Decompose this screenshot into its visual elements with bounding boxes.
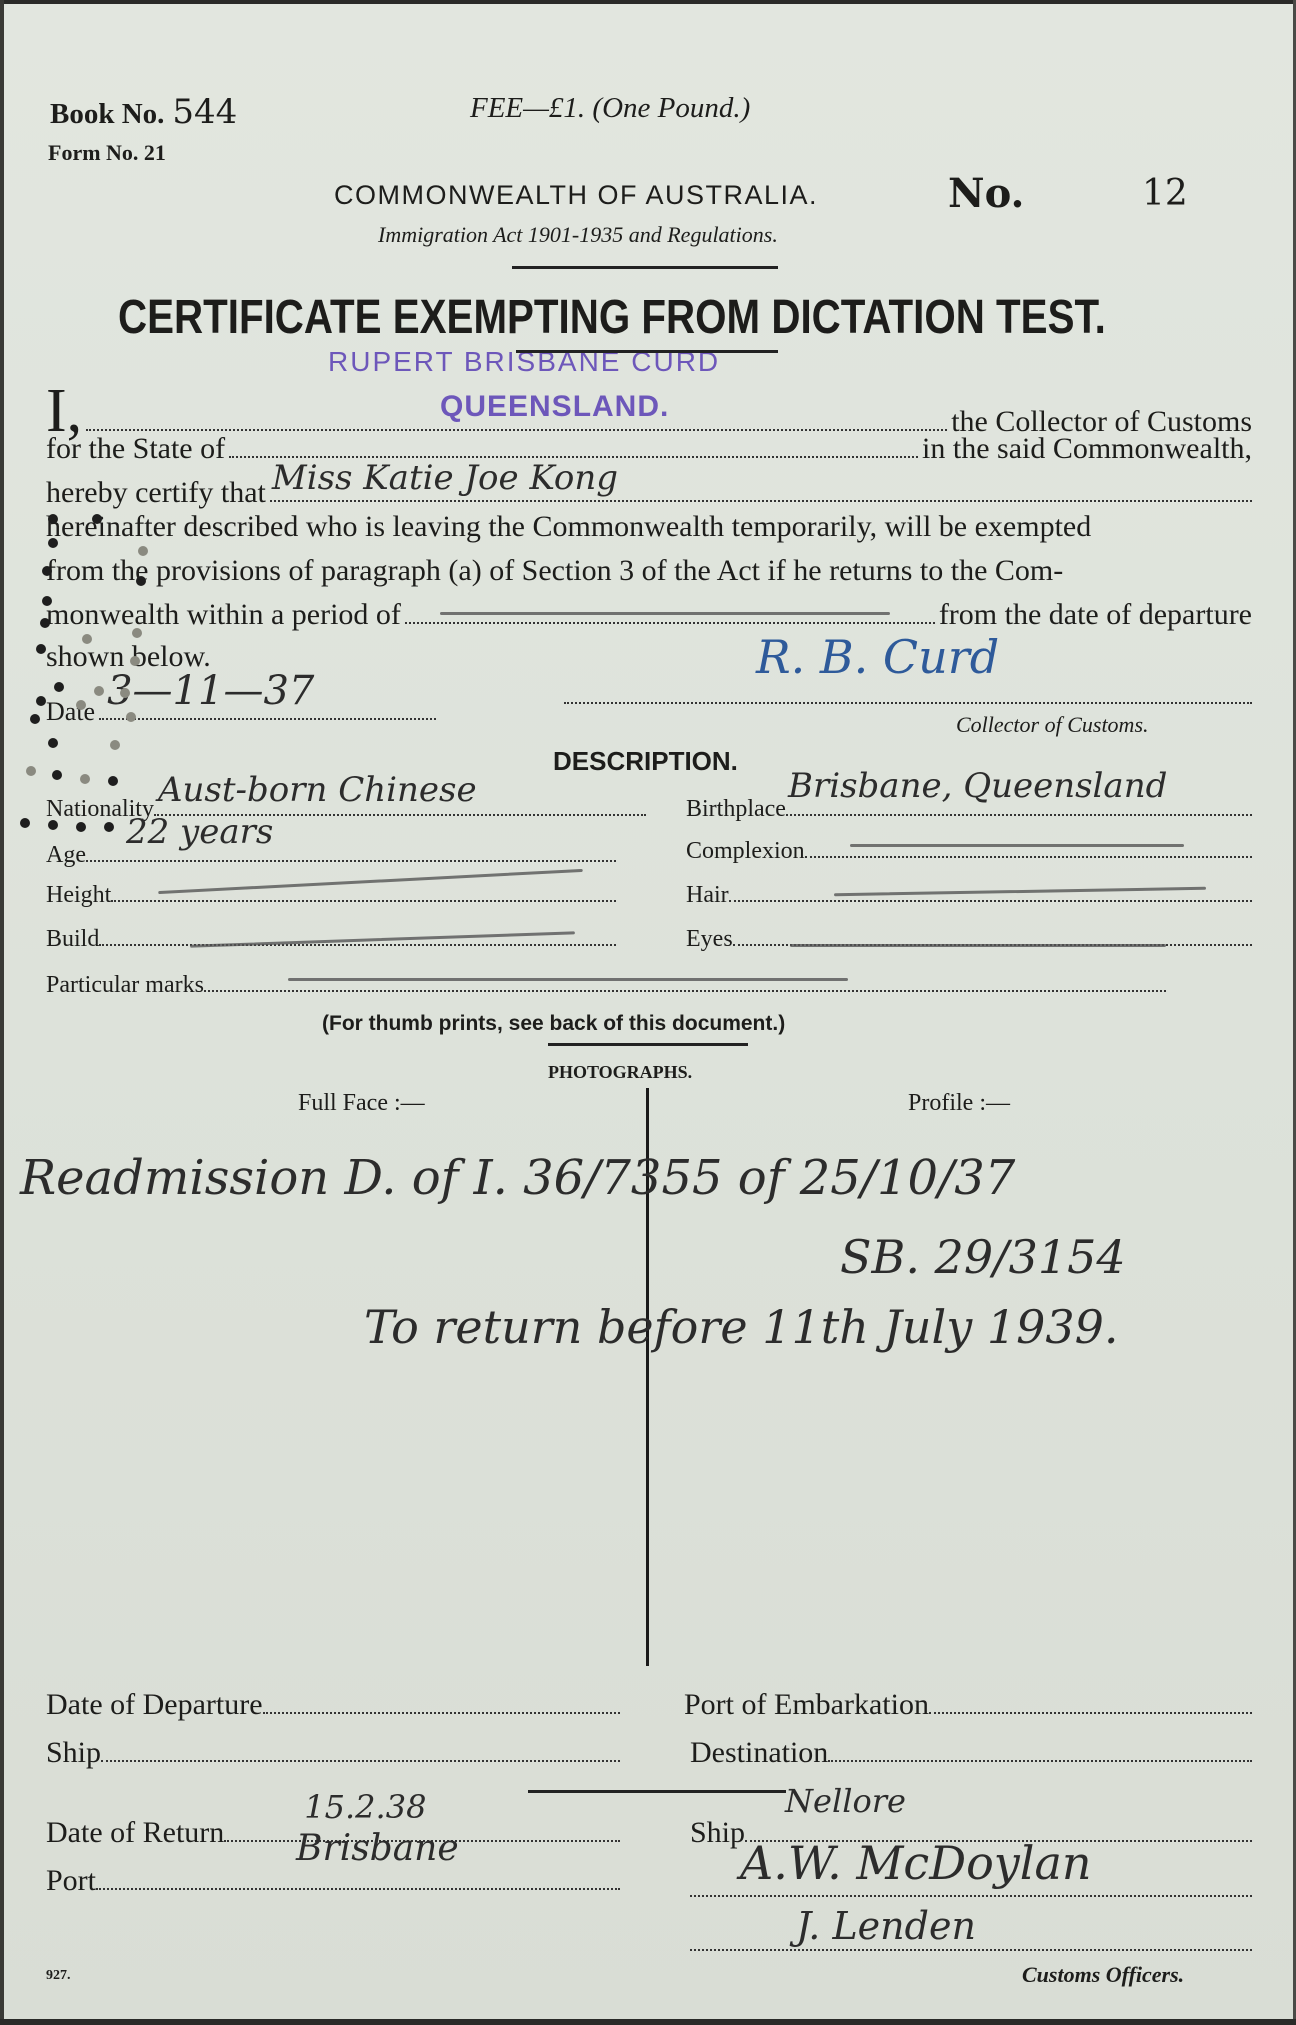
collector-signature: R. B. Curd	[756, 630, 999, 684]
birthplace-value: Brisbane, Queensland	[788, 766, 1167, 806]
customs-officers-label: Customs Officers.	[1022, 1962, 1184, 1988]
port-of-embarkation-label: Port of Embarkation	[684, 1688, 929, 1722]
build-field	[99, 944, 616, 946]
holder-name: Miss Katie Joe Kong	[272, 458, 618, 498]
officer2-signature: J. Lenden	[796, 1904, 976, 1948]
date-value: 3—11—37	[107, 668, 314, 714]
period-field	[405, 622, 935, 624]
complexion-dash	[850, 844, 1184, 847]
scan-edge-bottom	[0, 2019, 1296, 2025]
port-of-embarkation-row: Port of Embarkation	[684, 1688, 1252, 1722]
line-period: monwealth within a period of from the da…	[46, 598, 1252, 632]
signature-role: Collector of Customs.	[956, 712, 1149, 738]
age-row: Age 22 years	[46, 838, 616, 869]
eyes-dash	[790, 944, 1166, 947]
fee-text: FEE—£1. (One Pound.)	[470, 92, 750, 125]
date-row: Date 3—11—37	[46, 692, 436, 727]
authority-heading: COMMONWEALTH OF AUSTRALIA.	[334, 180, 818, 211]
line3-prefix: hereby certify that	[46, 476, 266, 510]
profile-label: Profile :—	[908, 1090, 1010, 1117]
port-value: Brisbane	[296, 1828, 459, 1869]
age-value: 22 years	[126, 812, 273, 852]
complexion-row: Complexion	[686, 838, 1252, 865]
date-of-return-value: 15.2.38	[304, 1788, 426, 1826]
date-of-departure-field	[263, 1712, 620, 1714]
line6-prefix: monwealth within a period of	[46, 598, 401, 632]
photographs-heading: PHOTOGRAPHS.	[548, 1062, 692, 1083]
scan-edge-left	[0, 0, 4, 2025]
date-of-departure-row: Date of Departure	[46, 1688, 620, 1722]
description-heading: DESCRIPTION.	[553, 746, 738, 777]
line2-prefix: for the State of	[46, 432, 225, 466]
birthplace-label: Birthplace	[686, 796, 786, 823]
thumb-print-note: (For thumb prints, see back of this docu…	[322, 1012, 785, 1036]
serial-number: 12	[1142, 173, 1188, 214]
build-label: Build	[46, 926, 99, 953]
line-5: from the provisions of paragraph (a) of …	[46, 554, 1063, 588]
particular-marks-label: Particular marks	[46, 972, 204, 999]
line-4: hereinafter described who is leaving the…	[46, 510, 1091, 544]
destination-label: Destination	[690, 1736, 828, 1770]
birthplace-field: Brisbane, Queensland	[786, 792, 1252, 816]
height-label: Height	[46, 882, 111, 909]
port-of-embarkation-field	[929, 1712, 1252, 1714]
officer1-signature-line	[690, 1893, 1252, 1897]
eyes-row: Eyes	[686, 926, 1252, 953]
form-number: Form No. 21	[48, 140, 166, 166]
stamp-strike-line	[516, 350, 778, 353]
ship-row: Ship	[46, 1736, 620, 1770]
date-of-return-label: Date of Return	[46, 1816, 224, 1850]
line-state: for the State of in the said Commonwealt…	[46, 432, 1252, 466]
return-deadline-annotation: To return before 11th July 1939.	[364, 1300, 1119, 1354]
line-holder: hereby certify that Miss Katie Joe Kong	[46, 470, 1252, 510]
document-title: CERTIFICATE EXEMPTING FROM DICTATION TES…	[118, 290, 1106, 345]
divider	[512, 266, 778, 269]
line2-suffix: in the said Commonwealth,	[922, 432, 1252, 466]
collector-name-field	[86, 429, 947, 431]
return-ship-value: Nellore	[785, 1782, 906, 1820]
number-mark: No.	[948, 170, 1024, 217]
birthplace-row: Birthplace Brisbane, Queensland	[686, 792, 1252, 823]
complexion-field	[805, 856, 1252, 858]
height-row: Height	[46, 882, 616, 909]
port-row: Port Brisbane	[46, 1860, 620, 1898]
port-field: Brisbane	[96, 1860, 620, 1890]
particular-marks-field	[204, 990, 1166, 992]
nationality-value: Aust-born Chinese	[158, 770, 477, 810]
readmission-annotation: Readmission D. of I. 36/7355 of 25/10/37	[20, 1150, 1015, 1206]
file-reference-annotation: SB. 29/3154	[840, 1230, 1126, 1284]
ship-field	[101, 1760, 620, 1762]
signature-line	[564, 700, 1252, 704]
book-number-value: 544	[172, 92, 237, 132]
particular-marks-row: Particular marks	[46, 972, 1166, 999]
line6-suffix: from the date of departure	[939, 598, 1252, 632]
hair-label: Hair	[686, 882, 729, 909]
particular-marks-dash	[288, 978, 848, 981]
full-face-label: Full Face :—	[298, 1090, 425, 1117]
height-field	[111, 900, 616, 902]
ship-label: Ship	[46, 1736, 101, 1770]
destination-field	[828, 1760, 1252, 1762]
divider	[528, 1790, 786, 1793]
eyes-label: Eyes	[686, 926, 733, 953]
period-strike	[440, 612, 890, 615]
age-label: Age	[46, 842, 86, 869]
complexion-label: Complexion	[686, 838, 805, 865]
book-label: Book No.	[50, 98, 164, 130]
officer1-signature: A.W. McDoylan	[740, 1836, 1092, 1890]
act-reference: Immigration Act 1901-1935 and Regulation…	[378, 222, 778, 248]
age-field: 22 years	[86, 838, 616, 862]
holder-name-field: Miss Katie Joe Kong	[270, 470, 1252, 502]
book-number: Book No.544	[50, 92, 237, 132]
hair-field	[729, 900, 1252, 902]
date-of-departure-label: Date of Departure	[46, 1688, 263, 1722]
divider	[548, 1043, 748, 1046]
print-code: 927.	[46, 1968, 71, 1984]
destination-row: Destination	[690, 1736, 1252, 1770]
hair-row: Hair	[686, 882, 1252, 909]
port-label: Port	[46, 1864, 96, 1898]
date-field: 3—11—37	[99, 692, 436, 720]
scan-edge-top	[0, 0, 1296, 4]
return-ship-label: Ship	[690, 1816, 745, 1850]
date-label: Date	[46, 697, 95, 727]
